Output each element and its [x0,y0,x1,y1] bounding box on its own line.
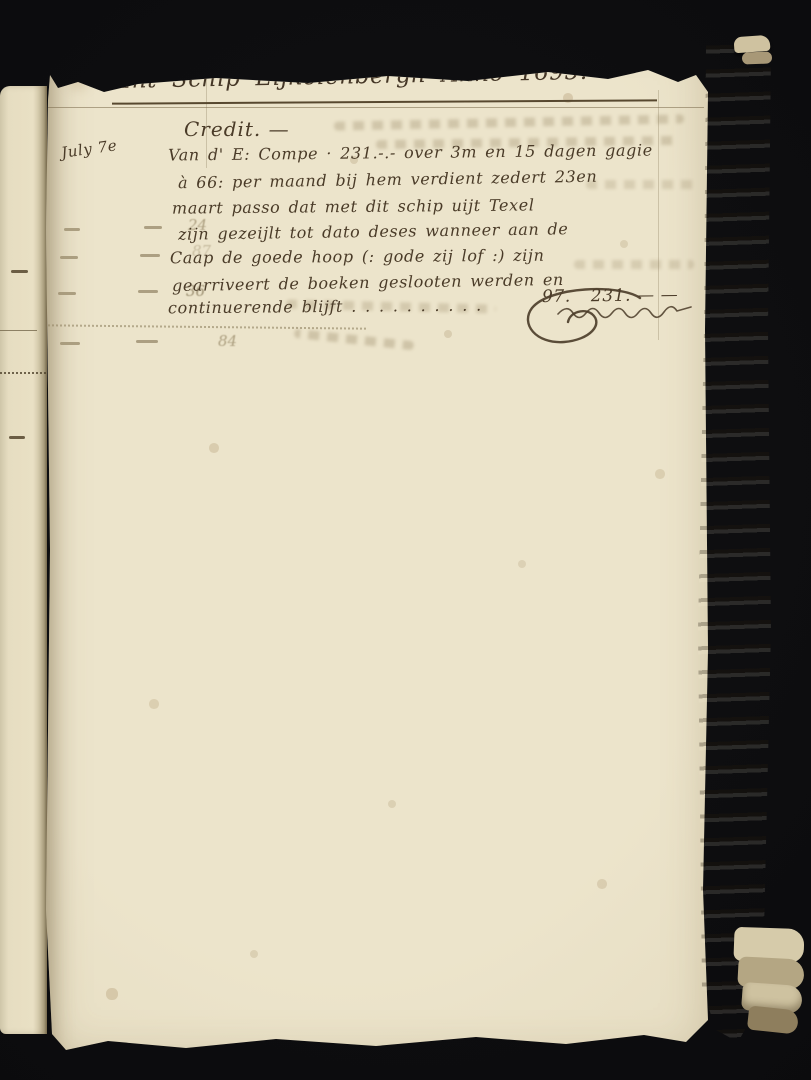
header-rule-light [48,107,704,108]
bleedthrough-dash [144,226,162,229]
bleedthrough-dash [64,228,80,231]
entry-margin-date: July 7e [60,136,118,162]
bleedthrough-ghost-signature [294,329,414,350]
entry-line-4: zijn gezeijlt tot dato deses wanneer aan… [178,219,569,243]
flourish-paraph-icon [492,282,704,370]
entry-line-7: continuerende blijft . . . . . . . . . . [168,296,482,318]
bleedthrough-ghost-line [586,180,696,189]
bleedthrough-dash [60,342,80,345]
paper-stains [46,30,50,34]
facing-page-entry-dash [11,270,28,273]
page-header-title: Int Schip Eijkelenbergh Anno 1695. — [122,58,627,94]
header-rule-dark [112,99,657,104]
book-fore-edge [698,30,772,1048]
page-stack-corner-top [733,35,770,53]
facing-page-entry-dash [9,436,25,439]
bleedthrough-dash [140,254,160,257]
entry-line-1: Van d' E: Compe · 231.-.- over 3m en 15 … [168,140,653,164]
entry-line-5: Caap de goede hoop (: gode zij lof :) zi… [170,246,545,268]
bleedthrough-wavy-rule [48,324,366,329]
bleedthrough-dash [58,292,76,295]
bleedthrough-dash [136,340,158,343]
page-stack-corner-top [742,51,772,64]
entry-line-2: à 66: per maand bij hem verdient zedert … [178,167,598,193]
facing-page-rule [0,330,37,331]
facing-page-wavy-rule [0,372,46,374]
bleedthrough-ghost-line [334,114,684,130]
photo-background: { "page": { "header_title": "Int Schip E… [0,0,811,1080]
bleedthrough-dash [138,290,158,293]
bleedthrough-dash [60,256,78,259]
credit-section-label: Credit. — [184,117,290,141]
entry-line-3: maart passo dat met dit schip uijt Texel [172,195,535,217]
main-page: 24 87 36 84 Int Schip Eijkelenbergh Anno… [46,30,708,1058]
bleedthrough-ghost-line [574,260,694,269]
bleedthrough-number: 84 [218,332,237,350]
facing-page-edge [0,86,47,1034]
